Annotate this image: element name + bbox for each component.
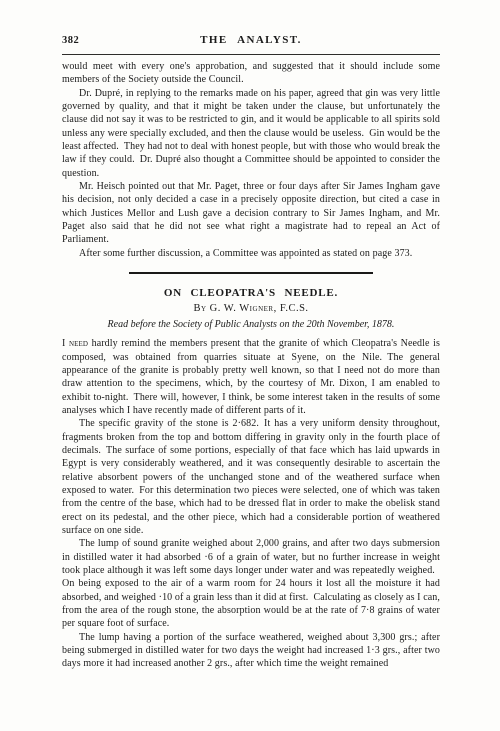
page-header: 382 THE ANALYST.: [62, 34, 440, 55]
article-paragraph-1: I need hardly remind the members present…: [62, 337, 440, 417]
article-paragraph-3: The lump of sound granite weighed about …: [62, 537, 440, 630]
page-number: 382: [62, 35, 140, 46]
article-byline: By G. W. Wigner, F.C.S.: [62, 303, 440, 314]
minutes-paragraph-2: Dr. Dupré, in replying to the remarks ma…: [62, 87, 440, 180]
minutes-section: would meet with every one's approbation,…: [62, 60, 440, 260]
minutes-paragraph-4: After some further discussion, a Committ…: [62, 247, 440, 260]
section-divider-rule: [129, 272, 373, 274]
opening-paragraph-rest: hardly remind the members present that t…: [62, 338, 440, 416]
minutes-paragraph-1: would meet with every one's approbation,…: [62, 60, 440, 87]
article-paragraph-2: The specific gravity of the stone is 2·6…: [62, 417, 440, 537]
journal-page: 382 THE ANALYST. would meet with every o…: [0, 0, 500, 731]
article-body: I need hardly remind the members present…: [62, 337, 440, 671]
opening-smallcaps-lead: I need: [62, 338, 88, 349]
article-paragraph-4: The lump having a portion of the surface…: [62, 631, 440, 671]
page-content: 382 THE ANALYST. would meet with every o…: [62, 34, 440, 671]
minutes-paragraph-3: Mr. Heisch pointed out that Mr. Paget, t…: [62, 180, 440, 247]
article-title: ON CLEOPATRA'S NEEDLE.: [62, 287, 440, 299]
article-subtitle: Read before the Society of Public Analys…: [62, 319, 440, 330]
running-title: THE ANALYST.: [140, 34, 362, 46]
